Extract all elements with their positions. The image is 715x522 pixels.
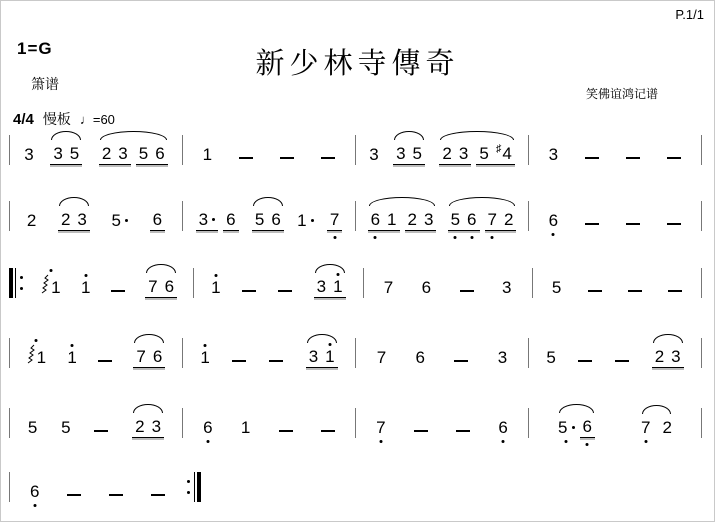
note: 3 <box>498 343 507 368</box>
beam-group: 6 <box>580 412 595 438</box>
repeat-end-sign <box>185 472 201 502</box>
note-number: 3 <box>424 211 433 228</box>
note-number: 2 <box>61 211 70 228</box>
note-number: 5 <box>451 211 460 228</box>
repeat-dot <box>187 480 190 483</box>
unit <box>67 494 81 502</box>
note-number: 7 <box>136 348 145 365</box>
unit: 3 <box>24 140 33 165</box>
duration-dash <box>151 494 165 496</box>
beam-group: 23 <box>439 139 471 165</box>
unit: 7 <box>384 273 393 298</box>
note: 5 <box>70 139 79 164</box>
duration-dash <box>111 290 125 292</box>
unit <box>280 157 294 165</box>
unit: 1 <box>81 273 90 298</box>
note-number: 5 <box>139 145 148 162</box>
note: 6 <box>203 413 212 438</box>
unit <box>454 360 468 368</box>
duration-dash <box>585 157 599 159</box>
unit: 7 <box>376 413 385 438</box>
unit <box>232 360 246 368</box>
note: 7 <box>384 273 393 298</box>
duration-dash <box>585 223 599 225</box>
duration-dash <box>460 290 474 292</box>
note-number: 6 <box>30 483 39 500</box>
unit <box>278 290 292 298</box>
note-number: 1 <box>325 348 334 365</box>
unit: 1 <box>200 343 209 368</box>
note: 2 <box>655 342 664 367</box>
barline <box>701 135 702 165</box>
repeat-start-sign <box>9 268 25 298</box>
note-number: 6 <box>422 279 431 296</box>
beam-group: 23 <box>405 205 437 231</box>
unit <box>111 290 125 298</box>
unit: 23 <box>58 205 90 231</box>
octave-dot-low <box>586 443 589 446</box>
note: 6 <box>271 205 280 230</box>
note: 6 <box>155 139 164 164</box>
note-number: 3 <box>309 348 318 365</box>
unit <box>151 494 165 502</box>
note-number: 6 <box>155 145 164 162</box>
barline <box>701 408 702 438</box>
unit: 6 <box>498 413 507 438</box>
measure: 22356 <box>10 205 182 231</box>
octave-dot-low <box>379 440 382 443</box>
unit: 56 <box>558 412 595 438</box>
unit: 3 <box>502 273 511 298</box>
note-number: 1 <box>67 349 76 366</box>
beam-group: 3 <box>196 205 218 231</box>
barline <box>701 201 702 231</box>
duration-dash <box>242 290 256 292</box>
octave-dot-high <box>204 344 207 347</box>
repeat-dot <box>20 287 23 290</box>
unit: 23 <box>652 342 684 368</box>
unit: 35 <box>50 139 82 165</box>
note: 2 <box>61 205 70 230</box>
repeat-thick-bar <box>9 268 13 298</box>
unit: 1 <box>297 206 313 231</box>
unit <box>94 430 108 438</box>
measure: 5672 <box>529 412 701 438</box>
note-number: 3 <box>199 211 208 228</box>
unit <box>98 360 112 368</box>
duration-dot <box>311 219 314 222</box>
duration-dash <box>280 157 294 159</box>
unit: 3 <box>549 140 558 165</box>
score-row: 6 <box>9 468 201 502</box>
measure: 523 <box>529 342 701 368</box>
note-number: 5 <box>28 419 37 436</box>
duration-dash <box>67 494 81 496</box>
note-number: 3 <box>459 145 468 162</box>
octave-dot-low <box>374 236 377 239</box>
octave-dot-high <box>35 339 38 342</box>
note-number: 1 <box>333 278 342 295</box>
beam-group: 5 <box>558 413 574 438</box>
unit: 6 <box>416 343 425 368</box>
note-number: 7 <box>377 349 386 366</box>
note: 6 <box>30 477 39 502</box>
note-number: 5 <box>546 349 555 366</box>
unit: 235♯4 <box>439 139 514 165</box>
note: 5 <box>552 273 561 298</box>
note: 5 <box>479 139 488 164</box>
measure: 1 <box>183 140 355 165</box>
unit <box>578 360 592 368</box>
unit <box>460 290 474 298</box>
duration-dash <box>232 360 246 362</box>
unit: 5672 <box>448 205 517 231</box>
note-number: 3 <box>118 145 127 162</box>
unit <box>626 157 640 165</box>
repeat-dots <box>187 480 190 494</box>
note-number: 6 <box>271 211 280 228</box>
unit <box>279 430 293 438</box>
measure: 131 <box>183 342 355 368</box>
note: 2 <box>442 139 451 164</box>
beam-group: 23 <box>99 139 131 165</box>
note-number: 2 <box>663 419 672 436</box>
unit <box>667 223 681 231</box>
duration-dash <box>94 430 108 432</box>
sheet-page: P.1/1 1=G 新少林寺傳奇 箫谱 笑佛谊鸿记谱 4/4 慢板 ♩=60 3… <box>0 0 715 522</box>
score-row: 33523561335235♯43 <box>9 131 702 165</box>
note-number: 6 <box>416 349 425 366</box>
note: 1 <box>81 273 90 298</box>
measure: 3352356 <box>10 139 182 165</box>
note: 2 <box>504 205 513 230</box>
beam-group: 6 <box>150 205 165 231</box>
measure: 335235♯4 <box>356 139 528 165</box>
score: 33523561335235♯4322356365617612356726117… <box>1 1 714 521</box>
note-number: 6 <box>226 211 235 228</box>
octave-dot-low <box>333 236 336 239</box>
duration-dash <box>279 430 293 432</box>
repeat-thick-bar <box>197 472 201 502</box>
unit: 3 <box>369 140 378 165</box>
note: 1 <box>297 206 313 231</box>
unit: 1 <box>241 413 250 438</box>
unit <box>628 290 642 298</box>
note: 3 <box>459 139 468 164</box>
unit: 5 <box>28 413 37 438</box>
octave-dot-high <box>49 269 52 272</box>
note: 7 <box>377 343 386 368</box>
repeat-thin-bar <box>194 472 195 502</box>
repeat-dot <box>20 276 23 279</box>
octave-dot-low <box>491 236 494 239</box>
note-number: 1 <box>200 349 209 366</box>
beam-group: 56 <box>448 205 480 231</box>
unit: 31 <box>314 272 346 298</box>
measure: 61 <box>183 413 355 438</box>
note: 7 <box>376 413 385 438</box>
note-number: 3 <box>671 348 680 365</box>
beam-group: 23 <box>132 412 164 438</box>
duration-dash <box>269 360 283 362</box>
note-number: 5 <box>255 211 264 228</box>
measure: 365617 <box>183 205 355 231</box>
unit: 3 <box>498 343 507 368</box>
note-number: 1 <box>241 419 250 436</box>
note-number: 6 <box>467 211 476 228</box>
unit: 1 <box>41 268 60 298</box>
octave-dot-high <box>71 344 74 347</box>
note: 5 <box>61 413 70 438</box>
beam-group: 23 <box>58 205 90 231</box>
note: 2 <box>27 206 36 231</box>
note-number: 2 <box>442 145 451 162</box>
repeat-dot <box>187 491 190 494</box>
note-number: 3 <box>396 145 405 162</box>
note-number: 1 <box>51 279 60 296</box>
note-number: 2 <box>408 211 417 228</box>
unit <box>615 360 629 368</box>
note: 6 <box>549 206 558 231</box>
beam-group: 7 <box>327 205 342 231</box>
beam-group: 35 <box>393 139 425 165</box>
unit: 1 <box>211 273 220 298</box>
octave-dot-low <box>470 236 473 239</box>
unit: 35 <box>393 139 425 165</box>
score-row: 22356365617612356726 <box>9 197 702 231</box>
note: 1 <box>27 338 46 368</box>
measure: 763 <box>356 343 528 368</box>
beam-group: 31 <box>306 342 338 368</box>
note-number: 1 <box>211 279 220 296</box>
octave-dot-low <box>502 440 505 443</box>
unit <box>242 290 256 298</box>
octave-dot-low <box>33 504 36 507</box>
note-number: 6 <box>165 278 174 295</box>
note: 3 <box>424 205 433 230</box>
unit <box>626 223 640 231</box>
octave-dot-low <box>454 236 457 239</box>
octave-dot-high <box>336 273 339 276</box>
note-number: 5 <box>558 419 567 436</box>
duration-dash <box>667 157 681 159</box>
note-number: 5 <box>552 279 561 296</box>
note-number: 7 <box>488 211 497 228</box>
unit: 7 <box>377 343 386 368</box>
beam-group: 31 <box>314 272 346 298</box>
octave-dot-low <box>206 440 209 443</box>
note: 6 <box>583 412 592 437</box>
measure: 5 <box>533 273 701 298</box>
duration-dot <box>212 218 215 221</box>
unit: 2356 <box>99 139 168 165</box>
unit: 6 <box>30 477 39 502</box>
note-number: 6 <box>371 211 380 228</box>
note-number: 5 <box>112 212 121 229</box>
note: 1 <box>325 342 334 367</box>
note: 5 <box>413 139 422 164</box>
note: 6 <box>416 343 425 368</box>
note: 1 <box>67 343 76 368</box>
note-number: 2 <box>655 348 664 365</box>
unit: 76 <box>145 272 177 298</box>
note: 5 <box>255 205 264 230</box>
unit: 2 <box>27 206 36 231</box>
note-number: 6 <box>583 418 592 435</box>
duration-dash <box>454 360 468 362</box>
note: 1 <box>41 268 60 298</box>
note-number: 6 <box>498 419 507 436</box>
note: 3 <box>77 205 86 230</box>
unit: 6 <box>549 206 558 231</box>
duration-dash <box>626 223 640 225</box>
note: 3 <box>24 140 33 165</box>
note-number: 3 <box>53 145 62 162</box>
unit: 6123 <box>368 205 437 231</box>
octave-dot-high <box>328 343 331 346</box>
measure: 76 <box>356 413 528 438</box>
unit: 23 <box>132 412 164 438</box>
note: ♯4 <box>496 139 512 164</box>
score-row: 1176131763523 <box>9 334 702 368</box>
note-number: 3 <box>24 146 33 163</box>
beam-group: 72 <box>485 205 517 231</box>
beam-group: 76 <box>133 342 165 368</box>
octave-dot-low <box>552 233 555 236</box>
unit <box>239 157 253 165</box>
duration-dash <box>588 290 602 292</box>
measure: 763 <box>364 273 532 298</box>
note: 6 <box>165 272 174 297</box>
note: 6 <box>226 205 235 230</box>
unit: 5 <box>552 273 561 298</box>
note: 3 <box>309 342 318 367</box>
beam-group: 56 <box>252 205 284 231</box>
note-number: 7 <box>376 419 385 436</box>
unit <box>414 430 428 438</box>
note: 7 <box>330 205 339 230</box>
beam-group: 35 <box>50 139 82 165</box>
repeat-thin-bar <box>15 268 16 298</box>
note-number: 1 <box>203 146 212 163</box>
measure: 6 <box>529 206 701 231</box>
measure: 131 <box>194 272 362 298</box>
note: 3 <box>53 139 62 164</box>
note: 6 <box>153 342 162 367</box>
note: 2 <box>663 413 672 438</box>
duration-dash <box>668 290 682 292</box>
unit <box>585 157 599 165</box>
unit: 1 <box>27 338 46 368</box>
note-number: 1 <box>297 212 306 229</box>
note: 7 <box>136 342 145 367</box>
unit: 6 <box>150 205 165 231</box>
duration-dash <box>414 430 428 432</box>
unit: 36 <box>196 205 239 231</box>
note-number: 6 <box>153 348 162 365</box>
octave-dot-high <box>214 274 217 277</box>
note-number: 5 <box>61 419 70 436</box>
note-number: 3 <box>77 211 86 228</box>
note: 2 <box>102 139 111 164</box>
duration-dash <box>239 157 253 159</box>
unit: 72 <box>641 413 672 438</box>
note-number: 7 <box>384 279 393 296</box>
duration-dash <box>321 430 335 432</box>
repeat-dots <box>20 276 23 290</box>
unit: 56 <box>252 205 284 231</box>
unit: 6 <box>203 413 212 438</box>
slide-ornament-icon <box>27 344 35 367</box>
note-number: 6 <box>549 212 558 229</box>
note-number: 6 <box>203 419 212 436</box>
note: 3 <box>671 342 680 367</box>
note-number: 3 <box>317 278 326 295</box>
duration-dash <box>98 360 112 362</box>
note: 1 <box>211 273 220 298</box>
unit: 5 <box>112 206 128 231</box>
note-number: 2 <box>102 145 111 162</box>
duration-dash <box>456 430 470 432</box>
note: 7 <box>641 413 650 438</box>
note-number: 3 <box>152 418 161 435</box>
note: 1 <box>200 343 209 368</box>
note: 2 <box>135 412 144 437</box>
note-number: 3 <box>549 146 558 163</box>
unit <box>321 157 335 165</box>
note-number: 1 <box>387 211 396 228</box>
duration-dash <box>615 360 629 362</box>
duration-dash <box>578 360 592 362</box>
note: 2 <box>408 205 417 230</box>
note-number: 6 <box>153 211 162 228</box>
note: 5 <box>139 139 148 164</box>
note: 7 <box>488 205 497 230</box>
measure: 1176 <box>25 268 193 298</box>
unit: 1 <box>67 343 76 368</box>
note-number: 7 <box>330 211 339 228</box>
note-number: 3 <box>369 146 378 163</box>
measure: 6 <box>10 477 185 502</box>
note: 3 <box>118 139 127 164</box>
beam-group: 6 <box>223 205 238 231</box>
note: 5 <box>558 413 574 438</box>
score-row: 11761317635 <box>9 264 702 298</box>
note-number: 3 <box>502 279 511 296</box>
note-number: 2 <box>135 418 144 435</box>
unit: 76 <box>133 342 165 368</box>
note: 5 <box>546 343 555 368</box>
unit <box>456 430 470 438</box>
note: 6 <box>371 205 380 230</box>
unit: 5 <box>61 413 70 438</box>
duration-dot <box>125 219 128 222</box>
note-number: 4 <box>502 145 511 162</box>
unit <box>667 157 681 165</box>
barline <box>701 268 702 298</box>
note: 1 <box>387 205 396 230</box>
beam-group: 76 <box>145 272 177 298</box>
measure: 61235672 <box>356 205 528 231</box>
note: 3 <box>549 140 558 165</box>
note: 7 <box>148 272 157 297</box>
note: 1 <box>203 140 212 165</box>
note: 5 <box>112 206 128 231</box>
note: 3 <box>317 272 326 297</box>
beam-group: 61 <box>368 205 400 231</box>
duration-dash <box>109 494 123 496</box>
note: 3 <box>396 139 405 164</box>
